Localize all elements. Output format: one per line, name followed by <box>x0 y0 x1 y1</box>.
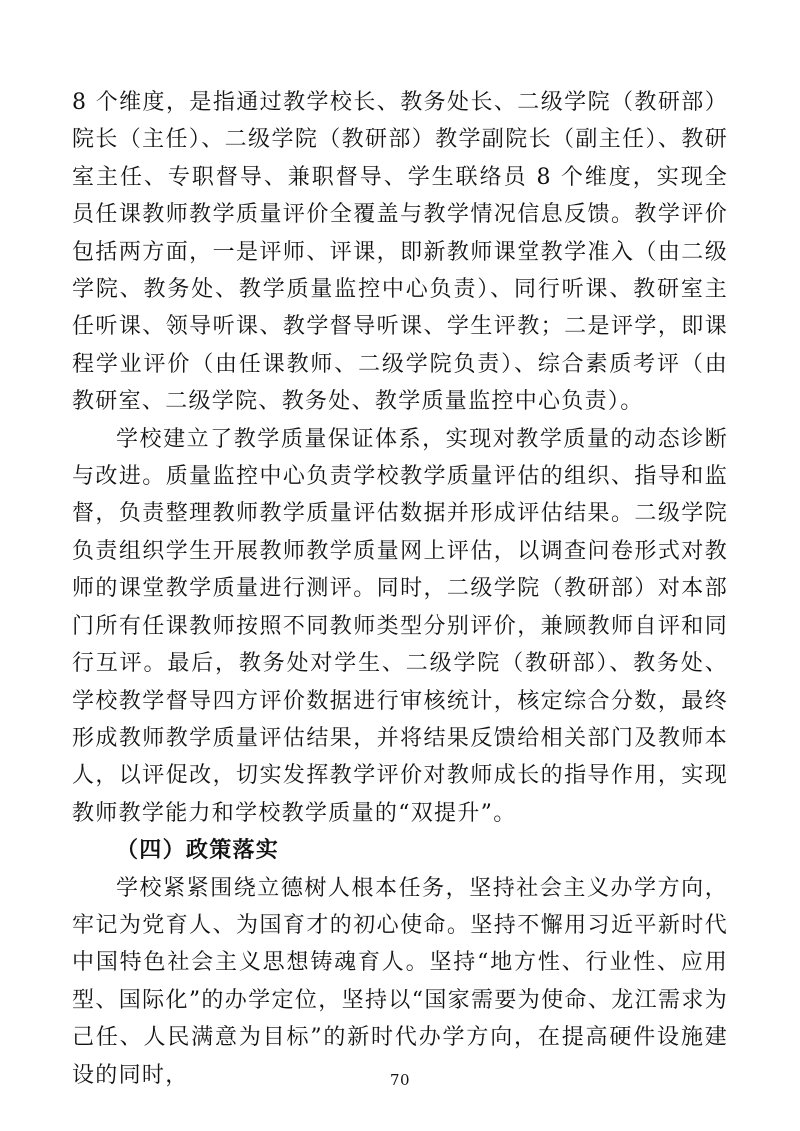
paragraph-quality-assurance-system: 学校建立了教学质量保证体系，实现对教学质量的动态诊断与改进。质量监控中心负责学校… <box>72 421 728 832</box>
document-page: 8 个维度，是指通过教学校长、教务处长、二级学院（教研部）院长（主任）、二级学院… <box>72 84 728 1094</box>
paragraph-policy-implementation-body: 学校紧紧围绕立德树人根本任务，坚持社会主义办学方向，牢记为党育人、为国育才的初心… <box>72 870 728 1094</box>
section-heading-policy-implementation: （四）政策落实 <box>72 832 728 869</box>
paragraph-evaluation-dimensions: 8 个维度，是指通过教学校长、教务处长、二级学院（教研部）院长（主任）、二级学院… <box>72 84 728 421</box>
page-number: 70 <box>0 1071 800 1089</box>
